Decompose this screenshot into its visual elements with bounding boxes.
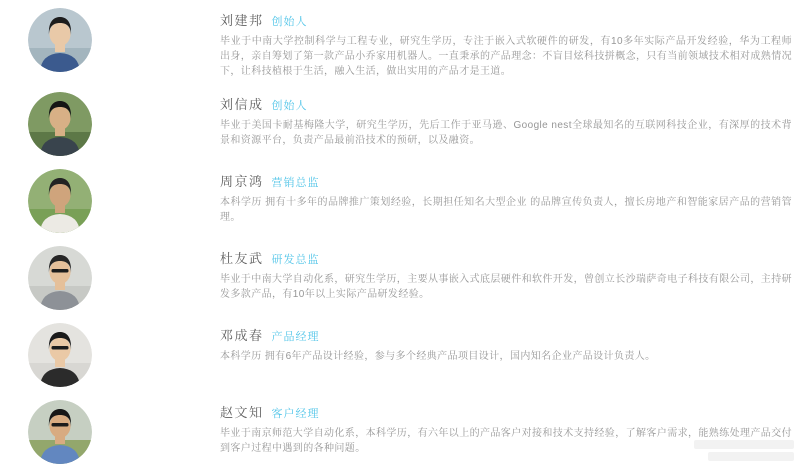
member-description: 毕业于中南大学控制科学与工程专业，研究生学历，专注于嵌入式软硬件的研发，有10多…: [220, 34, 792, 79]
member-content: 邓成春 产品经理 本科学历 拥有6年产品设计经验，参与多个经典产品项目设计，国内…: [220, 323, 792, 387]
member-description: 本科学历 拥有十多年的品牌推广策划经验，长期担任知名大型企业 的品牌宣传负责人，…: [220, 195, 792, 225]
avatar-photo: [28, 400, 92, 464]
watermark-line: [708, 452, 794, 461]
watermark: [694, 437, 794, 461]
member-name-row: 周京鸿 营销总监: [220, 169, 792, 190]
member-role-tag: 产品经理: [272, 328, 320, 344]
member-description: 本科学历 拥有6年产品设计经验，参与多个经典产品项目设计，国内知名企业产品设计负…: [220, 349, 792, 364]
member-content: 杜友武 研发总监 毕业于中南大学自动化系，研究生学历，主要从事嵌入式底层硬件和软…: [220, 246, 792, 310]
member-role-tag: 研发总监: [272, 251, 320, 267]
member-name: 杜友武: [220, 248, 264, 267]
member-content: 刘信成 创始人 毕业于美国卡耐基梅隆大学，研究生学历，先后工作于亚马逊、Goog…: [220, 92, 792, 156]
member-name-row: 刘建邦 创始人: [220, 8, 792, 29]
member-description: 毕业于中南大学自动化系，研究生学历，主要从事嵌入式底层硬件和软件开发，曾创立长沙…: [220, 272, 792, 302]
avatar-photo: [28, 92, 92, 156]
avatar-photo: [28, 8, 92, 72]
member-role-tag: 创始人: [272, 97, 308, 113]
member-row: 刘信成 创始人 毕业于美国卡耐基梅隆大学，研究生学历，先后工作于亚马逊、Goog…: [28, 92, 792, 156]
member-content: 周京鸿 营销总监 本科学历 拥有十多年的品牌推广策划经验，长期担任知名大型企业 …: [220, 169, 792, 233]
member-row: 周京鸿 营销总监 本科学历 拥有十多年的品牌推广策划经验，长期担任知名大型企业 …: [28, 169, 792, 233]
member-name: 邓成春: [220, 325, 264, 344]
person-portrait-icon: [28, 246, 92, 310]
member-name: 刘信成: [220, 94, 264, 113]
person-portrait-icon: [28, 92, 92, 156]
member-name-row: 杜友武 研发总监: [220, 246, 792, 267]
person-portrait-icon: [28, 169, 92, 233]
member-description: 毕业于美国卡耐基梅隆大学，研究生学历，先后工作于亚马逊、Google nest全…: [220, 118, 792, 148]
team-member-list: 刘建邦 创始人 毕业于中南大学控制科学与工程专业，研究生学历，专注于嵌入式软硬件…: [0, 0, 800, 464]
avatar-photo: [28, 323, 92, 387]
member-role-tag: 客户经理: [272, 405, 320, 421]
member-row: 杜友武 研发总监 毕业于中南大学自动化系，研究生学历，主要从事嵌入式底层硬件和软…: [28, 246, 792, 310]
watermark-line: [694, 440, 794, 449]
person-portrait-icon: [28, 8, 92, 72]
member-name: 周京鸿: [220, 171, 264, 190]
member-name-row: 邓成春 产品经理: [220, 323, 792, 344]
member-row: 赵文知 客户经理 毕业于南京师范大学自动化系，本科学历，有六年以上的产品客户对接…: [28, 400, 792, 464]
person-portrait-icon: [28, 323, 92, 387]
member-name-row: 赵文知 客户经理: [220, 400, 792, 421]
member-role-tag: 营销总监: [272, 174, 320, 190]
member-role-tag: 创始人: [272, 13, 308, 29]
member-name: 刘建邦: [220, 10, 264, 29]
member-name: 赵文知: [220, 402, 264, 421]
member-name-row: 刘信成 创始人: [220, 92, 792, 113]
member-row: 邓成春 产品经理 本科学历 拥有6年产品设计经验，参与多个经典产品项目设计，国内…: [28, 323, 792, 387]
member-content: 刘建邦 创始人 毕业于中南大学控制科学与工程专业，研究生学历，专注于嵌入式软硬件…: [220, 8, 792, 79]
avatar-photo: [28, 169, 92, 233]
avatar-photo: [28, 246, 92, 310]
person-portrait-icon: [28, 400, 92, 464]
member-row: 刘建邦 创始人 毕业于中南大学控制科学与工程专业，研究生学历，专注于嵌入式软硬件…: [28, 8, 792, 79]
